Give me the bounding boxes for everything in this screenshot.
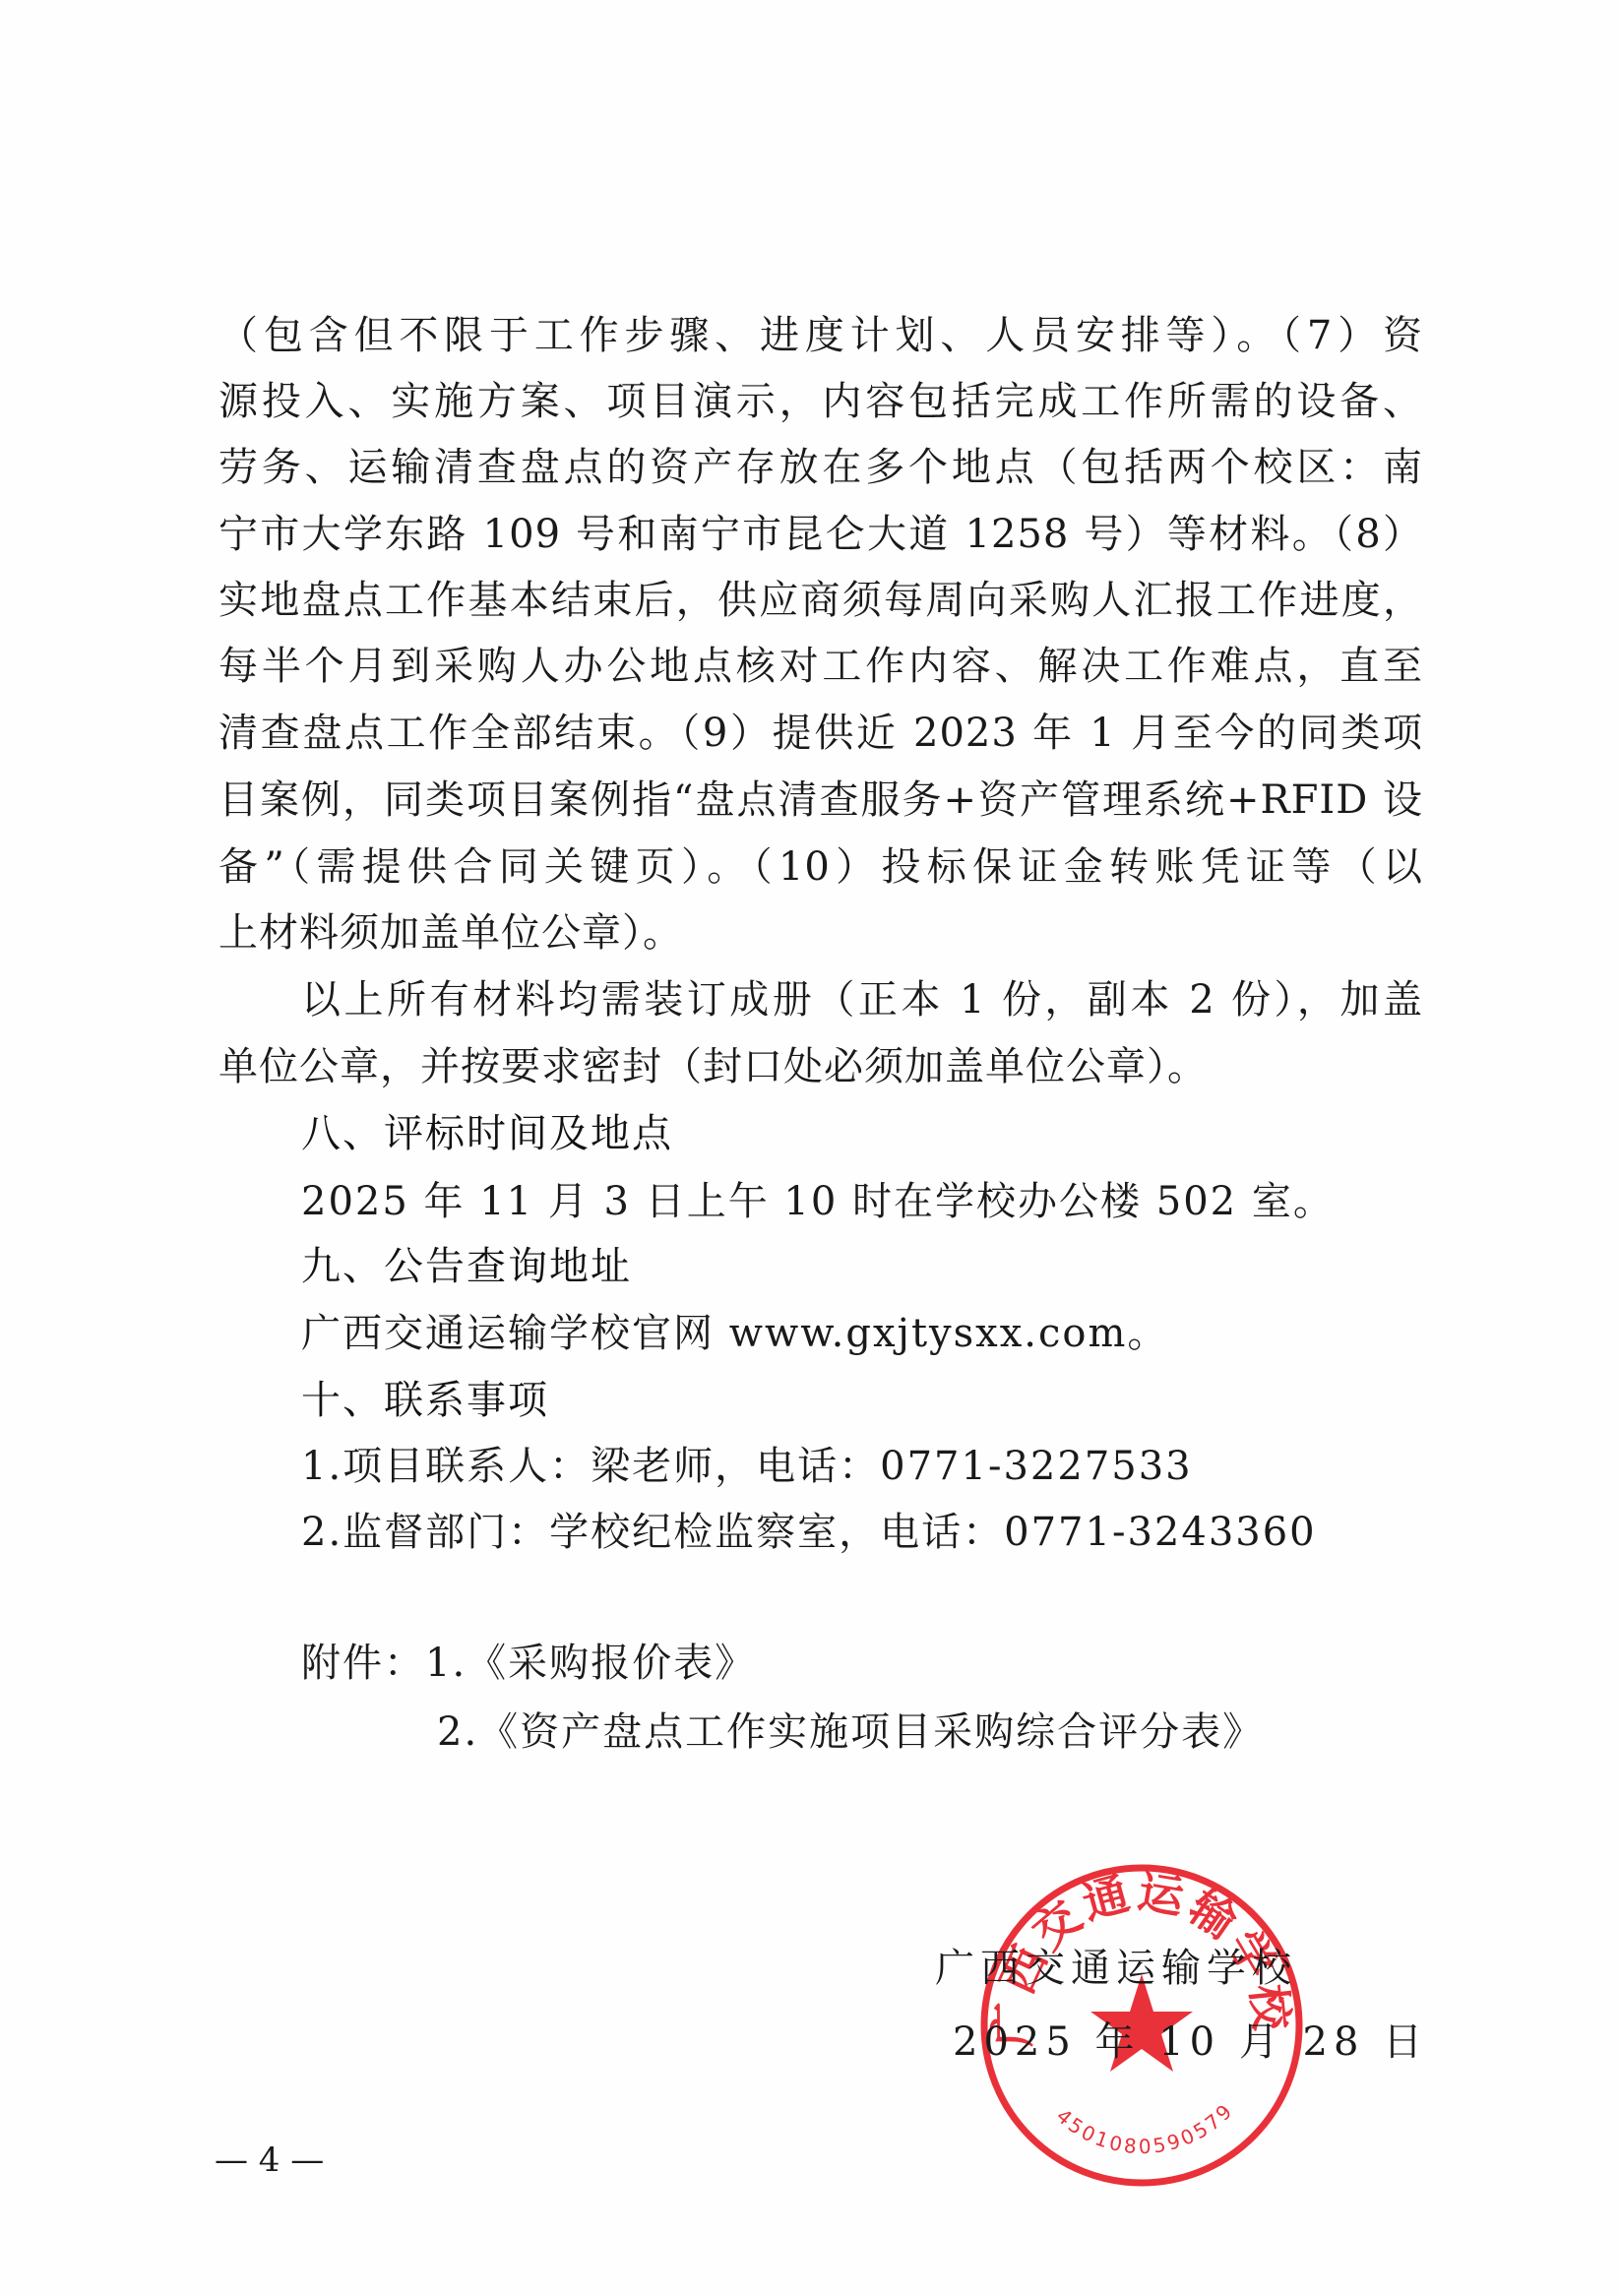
- body-line: 源投入、实施方案、项目演示，内容包括完成工作所需的设备、: [218, 377, 1423, 426]
- contact-item: 2.监督部门：学校纪检监察室，电话：0771-3243360: [301, 1508, 1317, 1557]
- evaluation-time-text: 2025 年 11 月 3 日上午 10 时在学校办公楼 502 室。: [301, 1177, 1335, 1226]
- document-page: （包含但不限于工作步骤、进度计划、人员安排等）。（7）资 源投入、实施方案、项目…: [0, 0, 1619, 2296]
- signature-organization: 广西交通运输学校: [935, 1944, 1297, 1993]
- body-line: 以上所有材料均需装订成册（正本 1 份，副本 2 份），加盖: [301, 975, 1423, 1024]
- section-heading-announcement: 九、公告查询地址: [301, 1242, 632, 1291]
- body-line: 备”（需提供合同关键页）。（10）投标保证金转账凭证等（以: [218, 842, 1423, 892]
- contact-item: 1.项目联系人：梁老师，电话：0771-3227533: [301, 1442, 1193, 1491]
- body-line: 单位公章，并按要求密封（封口处必须加盖单位公章）。: [218, 1042, 1423, 1091]
- body-line: 实地盘点工作基本结束后，供应商须每周向采购人汇报工作进度，: [218, 576, 1423, 625]
- body-line: 目案例，同类项目案例指“盘点清查服务+资产管理系统+RFID 设: [218, 776, 1423, 825]
- attachments-label: 附件：: [301, 1641, 425, 1686]
- page-number: — 4 —: [215, 2141, 324, 2180]
- signature-date: 2025 年 10 月 28 日: [953, 2017, 1428, 2067]
- announcement-url-text: 广西交通运输学校官网 www.gxjtysxx.com。: [301, 1309, 1168, 1358]
- svg-text:4501080590579: 4501080590579: [1052, 2098, 1239, 2159]
- attachment-item: 2.《资产盘点工作实施项目采购综合评分表》: [437, 1707, 1264, 1757]
- attachment-item: 1.《采购报价表》: [425, 1641, 756, 1686]
- body-line: （包含但不限于工作步骤、进度计划、人员安排等）。（7）资: [218, 311, 1423, 360]
- attachments-block: 附件：1.《采购报价表》: [301, 1639, 756, 1688]
- body-line: 每半个月到采购人办公地点核对工作内容、解决工作难点，直至: [218, 642, 1423, 691]
- body-line: 清查盘点工作全部结束。（9）提供近 2023 年 1 月至今的同类项: [218, 709, 1423, 758]
- body-line: 劳务、运输清查盘点的资产存放在多个地点（包括两个校区：南: [218, 443, 1423, 492]
- body-line: 宁市大学东路 109 号和南宁市昆仑大道 1258 号）等材料。（8）: [218, 510, 1423, 559]
- section-heading-evaluation: 八、评标时间及地点: [301, 1109, 673, 1158]
- body-line: 上材料须加盖单位公章）。: [218, 908, 1423, 958]
- section-heading-contact: 十、联系事项: [301, 1376, 549, 1425]
